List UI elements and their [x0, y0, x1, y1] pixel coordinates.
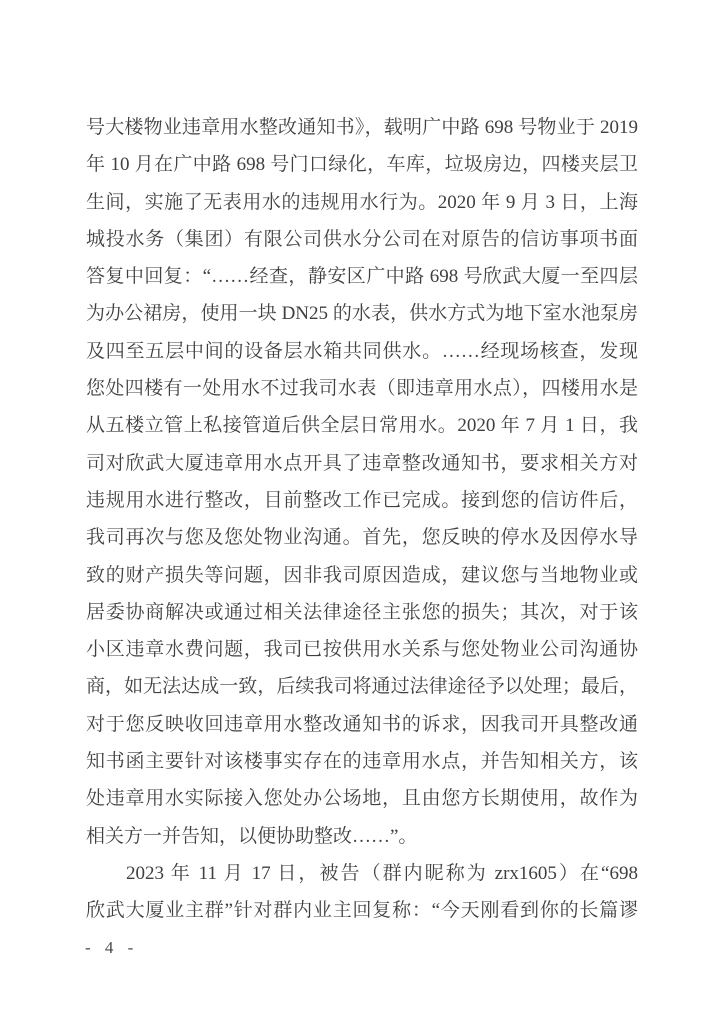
- text-line: 您处四楼有一处用水不过我司水表（即违章用水点），四楼用水是: [86, 370, 638, 407]
- text-line: 年 10 月在广中路 698 号门口绿化，车库，垃圾房边，四楼夹层卫: [86, 146, 638, 183]
- document-page: 号大楼物业违章用水整改通知书》，载明广中路 698 号物业于 2019 年 10…: [0, 0, 724, 1024]
- text-line: 2023 年 11 月 17 日，被告（群内昵称为 zrx1605）在“698: [86, 855, 638, 892]
- text-line: 违规用水进行整改，目前整改工作已完成。接到您的信访件后，: [86, 482, 638, 519]
- text-line: 处违章用水实际接入您处办公场地，且由您方长期使用，故作为: [86, 780, 638, 817]
- text-line: 相关方一并告知，以便协助整改……”。: [86, 818, 638, 855]
- text-line: 城投水务（集团）有限公司供水分公司在对原告的信访事项书面: [86, 221, 638, 258]
- text-line: 号大楼物业违章用水整改通知书》，载明广中路 698 号物业于 2019: [86, 109, 638, 146]
- text-line: 司对欣武大厦违章用水点开具了违章整改通知书，要求相关方对: [86, 445, 638, 482]
- text-line: 对于您反映收回违章用水整改通知书的诉求，因我司开具整改通: [86, 706, 638, 743]
- text-line: 及四至五层中间的设备层水箱共同供水。……经现场核查，发现: [86, 333, 638, 370]
- text-line: 欣武大厦业主群”针对群内业主回复称：“今天刚看到你的长篇谬: [86, 892, 638, 929]
- text-line: 知书函主要针对该楼事实存在的违章用水点，并告知相关方，该: [86, 743, 638, 780]
- text-line: 从五楼立管上私接管道后供全层日常用水。2020 年 7 月 1 日，我: [86, 407, 638, 444]
- text-line: 答复中回复：“……经查，静安区广中路 698 号欣武大厦一至四层: [86, 258, 638, 295]
- body-text: 号大楼物业违章用水整改通知书》，载明广中路 698 号物业于 2019 年 10…: [86, 109, 638, 930]
- text-line: 生间，实施了无表用水的违规用水行为。2020 年 9 月 3 日，上海: [86, 184, 638, 221]
- page-number: - 4 -: [85, 936, 138, 960]
- text-line: 为办公裙房，使用一块 DN25 的水表，供水方式为地下室水池泵房: [86, 295, 638, 332]
- text-line: 致的财产损失等问题，因非我司原因造成，建议您与当地物业或: [86, 557, 638, 594]
- text-line: 商，如无法达成一致，后续我司将通过法律途径予以处理；最后，: [86, 668, 638, 705]
- text-line: 我司再次与您及您处物业沟通。首先，您反映的停水及因停水导: [86, 519, 638, 556]
- text-line: 居委协商解决或通过相关法律途径主张您的损失；其次，对于该: [86, 594, 638, 631]
- text-line: 小区违章水费问题，我司已按供用水关系与您处物业公司沟通协: [86, 631, 638, 668]
